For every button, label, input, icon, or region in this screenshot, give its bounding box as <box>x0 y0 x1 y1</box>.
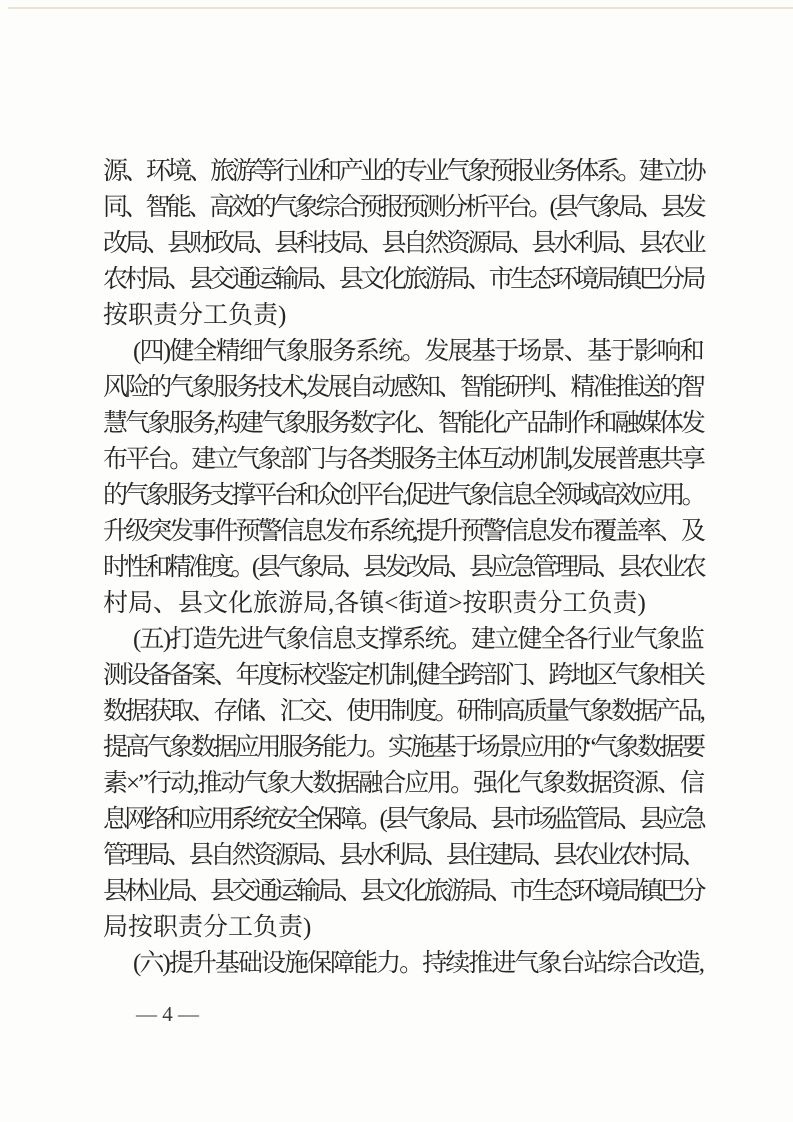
text-line: 测设备备案、年度标校鉴定机制,健全跨部门、跨地区气象相关 <box>103 658 703 694</box>
text-line: 同、智能、高效的气象综合预报预测分析平台。(县气象局、县发 <box>103 190 703 226</box>
text-line-content: (六)提升基础设施保障能力。持续推进气象台站综合改造, <box>133 950 703 977</box>
text-line-content: 局按职责分工负责) <box>103 914 311 941</box>
text-line: 管理局、县自然资源局、县水利局、县住建局、县农业农村局、 <box>103 838 703 874</box>
text-line-content: 村局、县文化旅游局,各镇<街道>按职责分工负责) <box>103 590 646 617</box>
text-line-content: 的气象服务支撑平台和众创平台,促进气象信息全领域高效应用。 <box>103 482 703 509</box>
text-line: (五)打造先进气象信息支撑系统。建立健全各行业气象监 <box>103 622 703 658</box>
document-body: 源、环境、旅游等行业和产业的专业气象预报业务体系。建立协同、智能、高效的气象综合… <box>103 154 703 982</box>
text-line-content: 时性和精准度。(县气象局、县发改局、县应急管理局、县农业农 <box>103 554 703 581</box>
text-line: 时性和精准度。(县气象局、县发改局、县应急管理局、县农业农 <box>103 550 703 586</box>
text-line: 改局、县财政局、县科技局、县自然资源局、县水利局、县农业 <box>103 226 703 262</box>
page-number: — 4 — <box>136 1001 199 1027</box>
text-line-content: 源、环境、旅游等行业和产业的专业气象预报业务体系。建立协 <box>103 158 703 185</box>
text-line: 息网络和应用系统安全保障。(县气象局、县市场监管局、县应急 <box>103 802 703 838</box>
text-line: 源、环境、旅游等行业和产业的专业气象预报业务体系。建立协 <box>103 154 703 190</box>
text-line-content: 农村局、县交通运输局、县文化旅游局、市生态环境局镇巴分局 <box>103 266 703 293</box>
text-line-content: 数据获取、存储、汇交、使用制度。研制高质量气象数据产品, <box>103 698 703 725</box>
scan-artifact-line <box>8 7 793 9</box>
text-line: 按职责分工负责) <box>103 298 703 334</box>
text-line: (四)健全精细气象服务系统。发展基于场景、基于影响和 <box>103 334 703 370</box>
text-line-content: 县林业局、县交通运输局、县文化旅游局、市生态环境局镇巴分 <box>103 878 703 905</box>
paragraph-3-continuation: 源、环境、旅游等行业和产业的专业气象预报业务体系。建立协同、智能、高效的气象综合… <box>103 154 703 334</box>
text-line: 数据获取、存储、汇交、使用制度。研制高质量气象数据产品, <box>103 694 703 730</box>
text-line: 县林业局、县交通运输局、县文化旅游局、市生态环境局镇巴分 <box>103 874 703 910</box>
text-line: (六)提升基础设施保障能力。持续推进气象台站综合改造, <box>103 946 703 982</box>
text-line: 素×”行动,推动气象大数据融合应用。强化气象数据资源、信 <box>103 766 703 802</box>
text-line-content: 息网络和应用系统安全保障。(县气象局、县市场监管局、县应急 <box>103 806 703 833</box>
text-line: 慧气象服务,构建气象服务数字化、智能化产品制作和融媒体发 <box>103 406 703 442</box>
text-line: 布平台。建立气象部门与各类服务主体互动机制,发展普惠共享 <box>103 442 703 478</box>
text-line: 农村局、县交通运输局、县文化旅游局、市生态环境局镇巴分局 <box>103 262 703 298</box>
text-line-content: 风险的气象服务技术,发展自动感知、智能研判、精准推送的智 <box>103 374 703 401</box>
text-line-content: 按职责分工负责) <box>103 302 286 329</box>
text-line-content: 管理局、县自然资源局、县水利局、县住建局、县农业农村局、 <box>103 842 703 869</box>
text-line-content: 改局、县财政局、县科技局、县自然资源局、县水利局、县农业 <box>103 230 703 257</box>
text-line-content: (五)打造先进气象信息支撑系统。建立健全各行业气象监 <box>133 626 703 653</box>
text-line-content: 测设备备案、年度标校鉴定机制,健全跨部门、跨地区气象相关 <box>103 662 703 689</box>
text-line-content: 提高气象数据应用服务能力。实施基于场景应用的“气象数据要 <box>103 734 703 761</box>
text-line: 升级突发事件预警信息发布系统,提升预警信息发布覆盖率、及 <box>103 514 703 550</box>
text-line: 局按职责分工负责) <box>103 910 703 946</box>
text-line-content: 升级突发事件预警信息发布系统,提升预警信息发布覆盖率、及 <box>103 518 703 545</box>
paragraph-6: (六)提升基础设施保障能力。持续推进气象台站综合改造, <box>103 946 703 982</box>
text-line: 的气象服务支撑平台和众创平台,促进气象信息全领域高效应用。 <box>103 478 703 514</box>
text-line-content: 布平台。建立气象部门与各类服务主体互动机制,发展普惠共享 <box>103 446 703 473</box>
paragraph-5: (五)打造先进气象信息支撑系统。建立健全各行业气象监测设备备案、年度标校鉴定机制… <box>103 622 703 946</box>
text-line-content: 同、智能、高效的气象综合预报预测分析平台。(县气象局、县发 <box>103 194 703 221</box>
text-line: 风险的气象服务技术,发展自动感知、智能研判、精准推送的智 <box>103 370 703 406</box>
document-page: 源、环境、旅游等行业和产业的专业气象预报业务体系。建立协同、智能、高效的气象综合… <box>0 0 793 1122</box>
text-line-content: 慧气象服务,构建气象服务数字化、智能化产品制作和融媒体发 <box>103 410 703 437</box>
text-line-content: 素×”行动,推动气象大数据融合应用。强化气象数据资源、信 <box>103 770 703 797</box>
text-line-content: (四)健全精细气象服务系统。发展基于场景、基于影响和 <box>133 338 703 365</box>
paragraph-4: (四)健全精细气象服务系统。发展基于场景、基于影响和风险的气象服务技术,发展自动… <box>103 334 703 622</box>
text-line: 提高气象数据应用服务能力。实施基于场景应用的“气象数据要 <box>103 730 703 766</box>
text-line: 村局、县文化旅游局,各镇<街道>按职责分工负责) <box>103 586 703 622</box>
